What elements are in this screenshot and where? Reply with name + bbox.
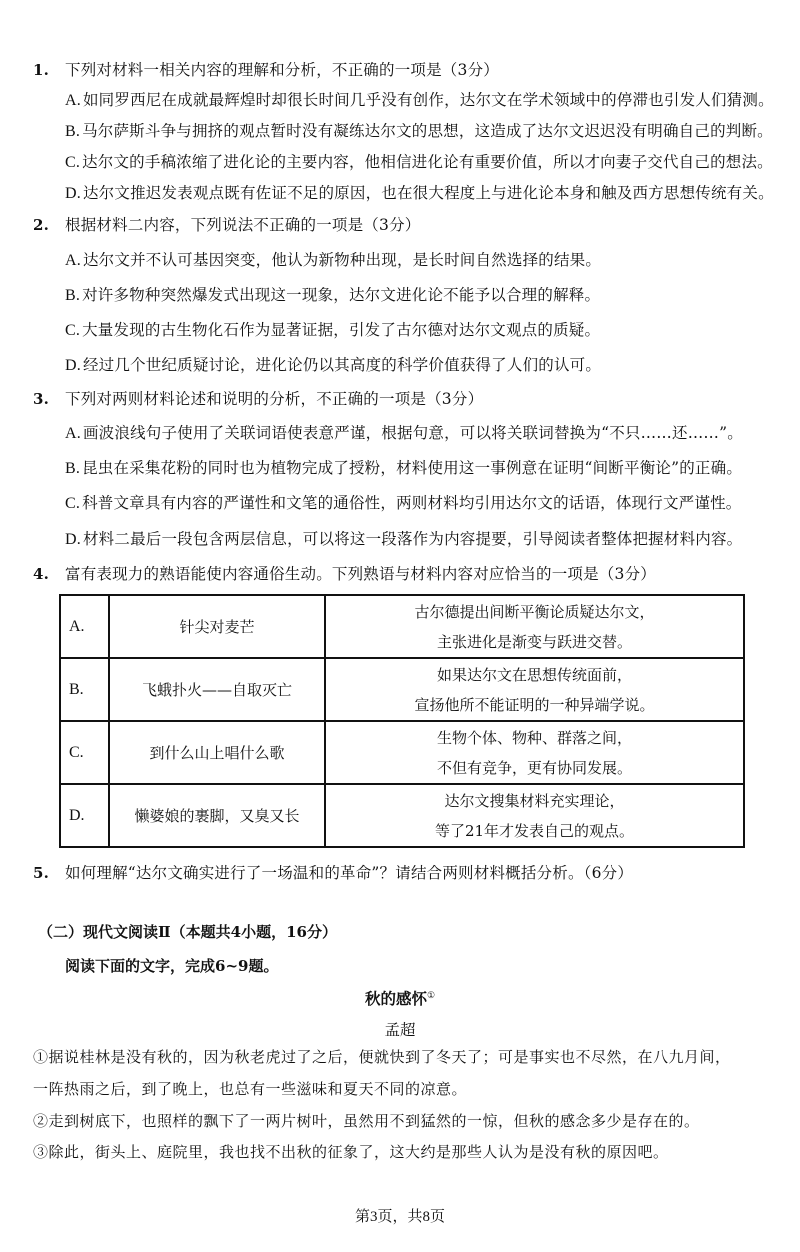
content-line: 等了21年才发表自己的观点。 (326, 816, 743, 846)
content-line: 古尔德提出间断平衡论质疑达尔文， (326, 597, 743, 627)
option-label: A. (65, 252, 81, 269)
table-row: B. 飞蛾扑火——自取灭亡 如果达尔文在思想传统面前， 宣扬他所不能证明的一种异… (60, 658, 744, 721)
question-number: 1. (33, 60, 49, 80)
section-heading: （二）现代文阅读Ⅱ（本题共4小题，16分） (38, 921, 337, 942)
footnote-marker: ① (427, 991, 435, 1001)
option-label: B. (65, 287, 80, 304)
option-label: C. (65, 495, 80, 512)
content-cell: 生物个体、物种、群落之间， 不但有竞争，更有协同发展。 (325, 721, 744, 784)
question-number: 4. (33, 564, 49, 584)
row-label: C. (60, 721, 109, 784)
option-text: 画波浪线句子使用了关联词语使表意严谨，根据句意，可以将关联词替换为“不只……还…… (83, 424, 743, 442)
option-text: 达尔文推迟发表观点既有佐证不足的原因，也在很大程度上与进化论本身和触及西方思想传… (83, 184, 774, 202)
content-cell: 古尔德提出间断平衡论质疑达尔文， 主张进化是渐变与跃进交替。 (325, 595, 744, 658)
option-label: D. (65, 185, 81, 202)
option-text: 经过几个世纪质疑讨论，进化论仍以其高度的科学价值获得了人们的认可。 (83, 356, 601, 374)
passage-author: 孟超 (0, 1018, 800, 1040)
option-text: 达尔文的手稿浓缩了进化论的主要内容，他相信进化论有重要价值，所以才向妻子交代自己… (82, 153, 773, 171)
question-stem: 根据材料二内容，下列说法不正确的一项是（3分） (65, 215, 420, 235)
table-row: C. 到什么山上唱什么歌 生物个体、物种、群落之间， 不但有竞争，更有协同发展。 (60, 721, 744, 784)
option-text: 马尔萨斯斗争与拥挤的观点暂时没有凝练达尔文的思想，这造成了达尔文迟迟没有明确自己… (82, 122, 773, 140)
question-stem: 如何理解“达尔文确实进行了一场温和的革命”？请结合两则材料概括分析。（6分） (65, 863, 633, 883)
table-row: A. 针尖对麦芒 古尔德提出间断平衡论质疑达尔文， 主张进化是渐变与跃进交替。 (60, 595, 744, 658)
idiom-cell: 飞蛾扑火——自取灭亡 (109, 658, 325, 721)
passage-title-text: 秋的感怀 (365, 989, 427, 1008)
option-label: A. (65, 425, 81, 442)
idiom-cell: 懒婆娘的裹脚，又臭又长 (109, 784, 325, 847)
idiom-table: A. 针尖对麦芒 古尔德提出间断平衡论质疑达尔文， 主张进化是渐变与跃进交替。 … (59, 594, 745, 848)
content-cell: 达尔文搜集材料充实理论， 等了21年才发表自己的观点。 (325, 784, 744, 847)
page-footer: 第3页，共8页 (0, 1205, 800, 1226)
content-line: 生物个体、物种、群落之间， (326, 723, 743, 753)
question-number: 5. (33, 863, 49, 883)
option-label: A. (65, 92, 81, 109)
content-line: 不但有竞争，更有协同发展。 (326, 753, 743, 783)
content-cell: 如果达尔文在思想传统面前， 宣扬他所不能证明的一种异端学说。 (325, 658, 744, 721)
option-label: D. (65, 357, 81, 374)
paragraph-1-line-1: ①据说桂林是没有秋的，因为秋老虎过了之后，便就快到了冬天了；可是事实也不尽然，在… (33, 1046, 731, 1067)
option-label: C. (65, 322, 80, 339)
content-line: 达尔文搜集材料充实理论， (326, 786, 743, 816)
idiom-cell: 针尖对麦芒 (109, 595, 325, 658)
reading-instruction: 阅读下面的文字，完成6~9题。 (65, 955, 278, 976)
option-label: B. (65, 460, 80, 477)
option-text: 大量发现的古生物化石作为显著证据，引发了古尔德对达尔文观点的质疑。 (82, 321, 600, 339)
table-row: D. 懒婆娘的裹脚，又臭又长 达尔文搜集材料充实理论， 等了21年才发表自己的观… (60, 784, 744, 847)
option-label: B. (65, 123, 80, 140)
paragraph-3: ③除此，街头上、庭院里，我也找不出秋的征象了，这大约是那些人认为是没有秋的原因吧… (33, 1141, 669, 1162)
question-stem: 下列对材料一相关内容的理解和分析，不正确的一项是（3分） (65, 60, 499, 80)
option-label: C. (65, 154, 80, 171)
question-number: 2. (33, 215, 49, 235)
row-label: A. (60, 595, 109, 658)
row-label: B. (60, 658, 109, 721)
option-text: 对许多物种突然爆发式出现这一现象，达尔文进化论不能予以合理的解释。 (82, 286, 600, 304)
option-text: 如同罗西尼在成就最辉煌时却很长时间几乎没有创作，达尔文在学术领域中的停滞也引发人… (83, 91, 774, 109)
row-label: D. (60, 784, 109, 847)
question-stem: 富有表现力的熟语能使内容通俗生动。下列熟语与材料内容对应恰当的一项是（3分） (65, 564, 656, 584)
idiom-cell: 到什么山上唱什么歌 (109, 721, 325, 784)
content-line: 主张进化是渐变与跃进交替。 (326, 627, 743, 657)
question-stem: 下列对两则材料论述和说明的分析，不正确的一项是（3分） (65, 389, 483, 409)
question-number: 3. (33, 389, 49, 409)
option-label: D. (65, 531, 81, 548)
content-line: 宣扬他所不能证明的一种异端学说。 (326, 690, 743, 720)
option-text: 达尔文并不认可基因突变，他认为新物种出现，是长时间自然选择的结果。 (83, 251, 601, 269)
content-line: 如果达尔文在思想传统面前， (326, 660, 743, 690)
option-text: 昆虫在采集花粉的同时也为植物完成了授粉，材料使用这一事例意在证明“间断平衡论”的… (82, 459, 742, 477)
option-text: 科普文章具有内容的严谨性和文笔的通俗性，两则材料均引用达尔文的话语，体现行文严谨… (82, 494, 741, 512)
option-text: 材料二最后一段包含两层信息，可以将这一段落作为内容提要，引导阅读者整体把握材料内… (83, 530, 742, 548)
passage-title: 秋的感怀① (0, 987, 800, 1009)
paragraph-2: ②走到树底下，也照样的飘下了一两片树叶，虽然用不到猛然的一惊，但秋的感念多少是存… (33, 1110, 700, 1131)
paragraph-1-line-2: 一阵热雨之后，到了晚上，也总有一些滋味和夏天不同的凉意。 (33, 1078, 467, 1099)
